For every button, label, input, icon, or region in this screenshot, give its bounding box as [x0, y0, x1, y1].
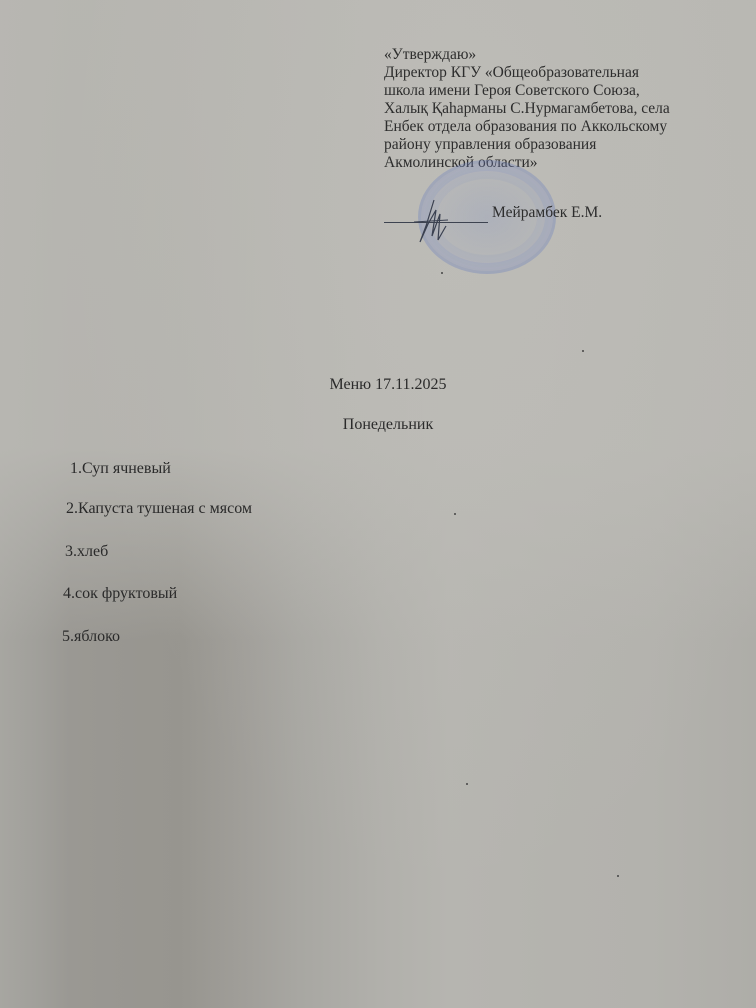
- paper-speck: [454, 513, 456, 515]
- menu-item: 3.хлеб: [65, 543, 108, 561]
- menu-title: Меню 17.11.2025: [0, 376, 756, 394]
- paper-speck: [617, 875, 619, 877]
- approval-line: району управления образования: [384, 136, 744, 154]
- signature-icon: [412, 196, 452, 246]
- paper-speck: [441, 272, 443, 274]
- menu-item: 2.Капуста тушеная с мясом: [66, 500, 252, 518]
- approval-line: Акмолинской области»: [384, 154, 744, 172]
- signer-name: Мейрамбек Е.М.: [492, 204, 602, 222]
- approval-line: Директор КГУ «Общеобразовательная: [384, 64, 744, 82]
- paper-speck: [466, 783, 468, 785]
- approval-heading: «Утверждаю»: [384, 46, 744, 64]
- paper-speck: [582, 350, 584, 352]
- approval-block: «Утверждаю» Директор КГУ «Общеобразовате…: [384, 46, 744, 172]
- menu-item: 1.Суп ячневый: [70, 460, 171, 478]
- approval-line: Енбек отдела образования по Аккольскому: [384, 118, 744, 136]
- approval-line: Халық Қаһарманы С.Нурмагамбетова, села: [384, 100, 744, 118]
- menu-item: 4.сок фруктовый: [63, 585, 177, 603]
- approval-line: школа имени Героя Советского Союза,: [384, 82, 744, 100]
- menu-day: Понедельник: [0, 416, 756, 434]
- menu-item: 5.яблоко: [62, 628, 120, 646]
